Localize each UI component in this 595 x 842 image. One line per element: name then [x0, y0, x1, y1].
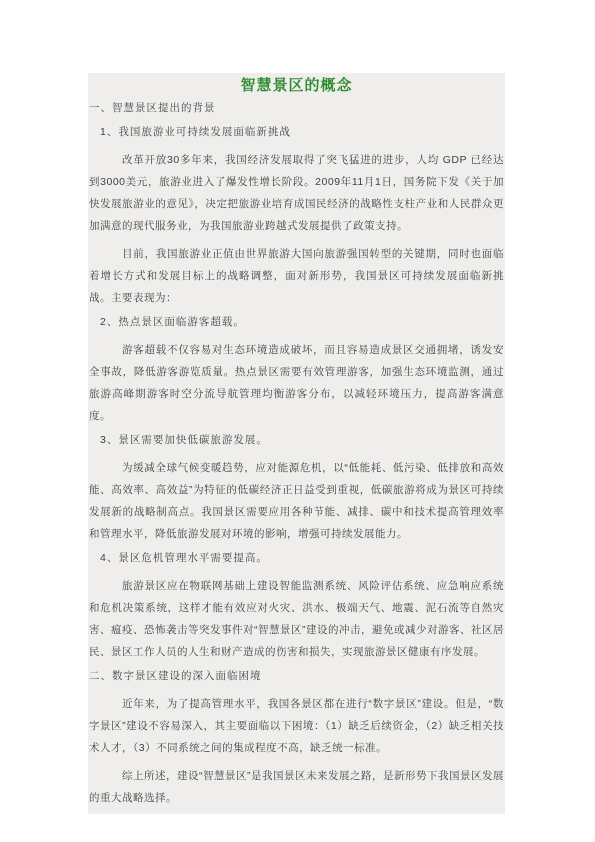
paragraph: 近年来，为了提高管理水平，我国各景区都在进行“数字景区”建设。但是，“数字景区”…	[89, 693, 504, 759]
paragraph: 目前，我国旅游业正值由世界旅游大国向旅游强国转型的关键期，同时也面临着增长方式和…	[89, 243, 504, 309]
document-title: 智慧景区的概念	[89, 75, 504, 97]
paragraph: 旅游景区应在物联网基础上建设智能监测系统、风险评估系统、应急响应系统和危机决策系…	[89, 575, 504, 663]
paragraph: 改革开放30多年来，我国经济发展取得了突飞猛进的进步，人均 GDP 已经达到30…	[89, 149, 504, 237]
paragraph: 综上所述，建设“智慧景区”是我国景区未来发展之路，是新形势下我国景区发展的重大战…	[89, 765, 504, 809]
section-heading: 一、智慧景区提出的背景	[89, 97, 504, 119]
page-canvas: 智慧景区的概念 一、智慧景区提出的背景1、我国旅游业可持续发展面临新挑战改革开放…	[0, 0, 595, 842]
section-heading: 二、数字景区建设的深入面临困境	[89, 665, 504, 687]
document-content: 一、智慧景区提出的背景1、我国旅游业可持续发展面临新挑战改革开放30多年来，我国…	[89, 97, 504, 809]
paragraph: 为缓减全球气候变暖趋势，应对能源危机，以“低能耗、低污染、低排放和高效能、高效率…	[89, 457, 504, 545]
paragraph: 游客超载不仅容易对生态环境造成破坏，而且容易造成景区交通拥堵，诱发安全事故，降低…	[89, 339, 504, 427]
sub-heading: 3、景区需要加快低碳旅游发展。	[89, 429, 504, 451]
sub-heading: 2、热点景区面临游客超载。	[89, 311, 504, 333]
document-page: 智慧景区的概念 一、智慧景区提出的背景1、我国旅游业可持续发展面临新挑战改革开放…	[88, 73, 505, 814]
sub-heading: 1、我国旅游业可持续发展面临新挑战	[89, 121, 504, 143]
sub-heading: 4、景区危机管理水平需要提高。	[89, 547, 504, 569]
